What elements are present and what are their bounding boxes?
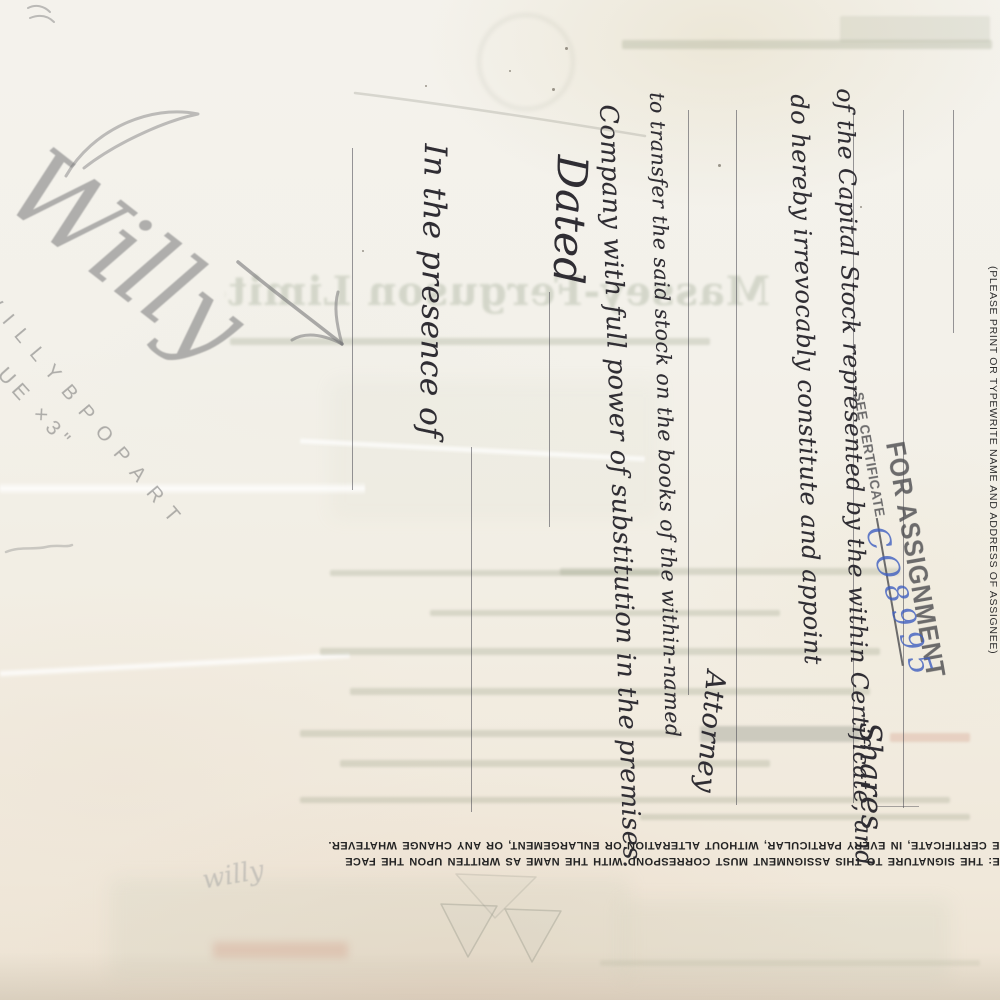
ink-speck (860, 206, 862, 208)
pencil-flourish (66, 112, 198, 176)
ink-speck (362, 250, 364, 252)
pencil-smudge (6, 545, 72, 552)
scan-shadow (0, 952, 1000, 1000)
pencil-corner-marks (28, 6, 54, 22)
pencil-flourish (336, 292, 342, 344)
ink-speck (718, 164, 721, 167)
stock-certificate-back: Massey-Ferguson Limited Shares of the Ca… (0, 0, 1000, 1000)
ink-speck (565, 47, 568, 50)
smudge-arc (355, 93, 645, 136)
ink-speck (509, 70, 511, 72)
pencil-flourish (238, 262, 342, 344)
overlay-marks (0, 0, 1000, 1000)
ink-speck (552, 88, 555, 91)
show-through-triangle (441, 904, 497, 957)
ink-speck (425, 85, 427, 87)
